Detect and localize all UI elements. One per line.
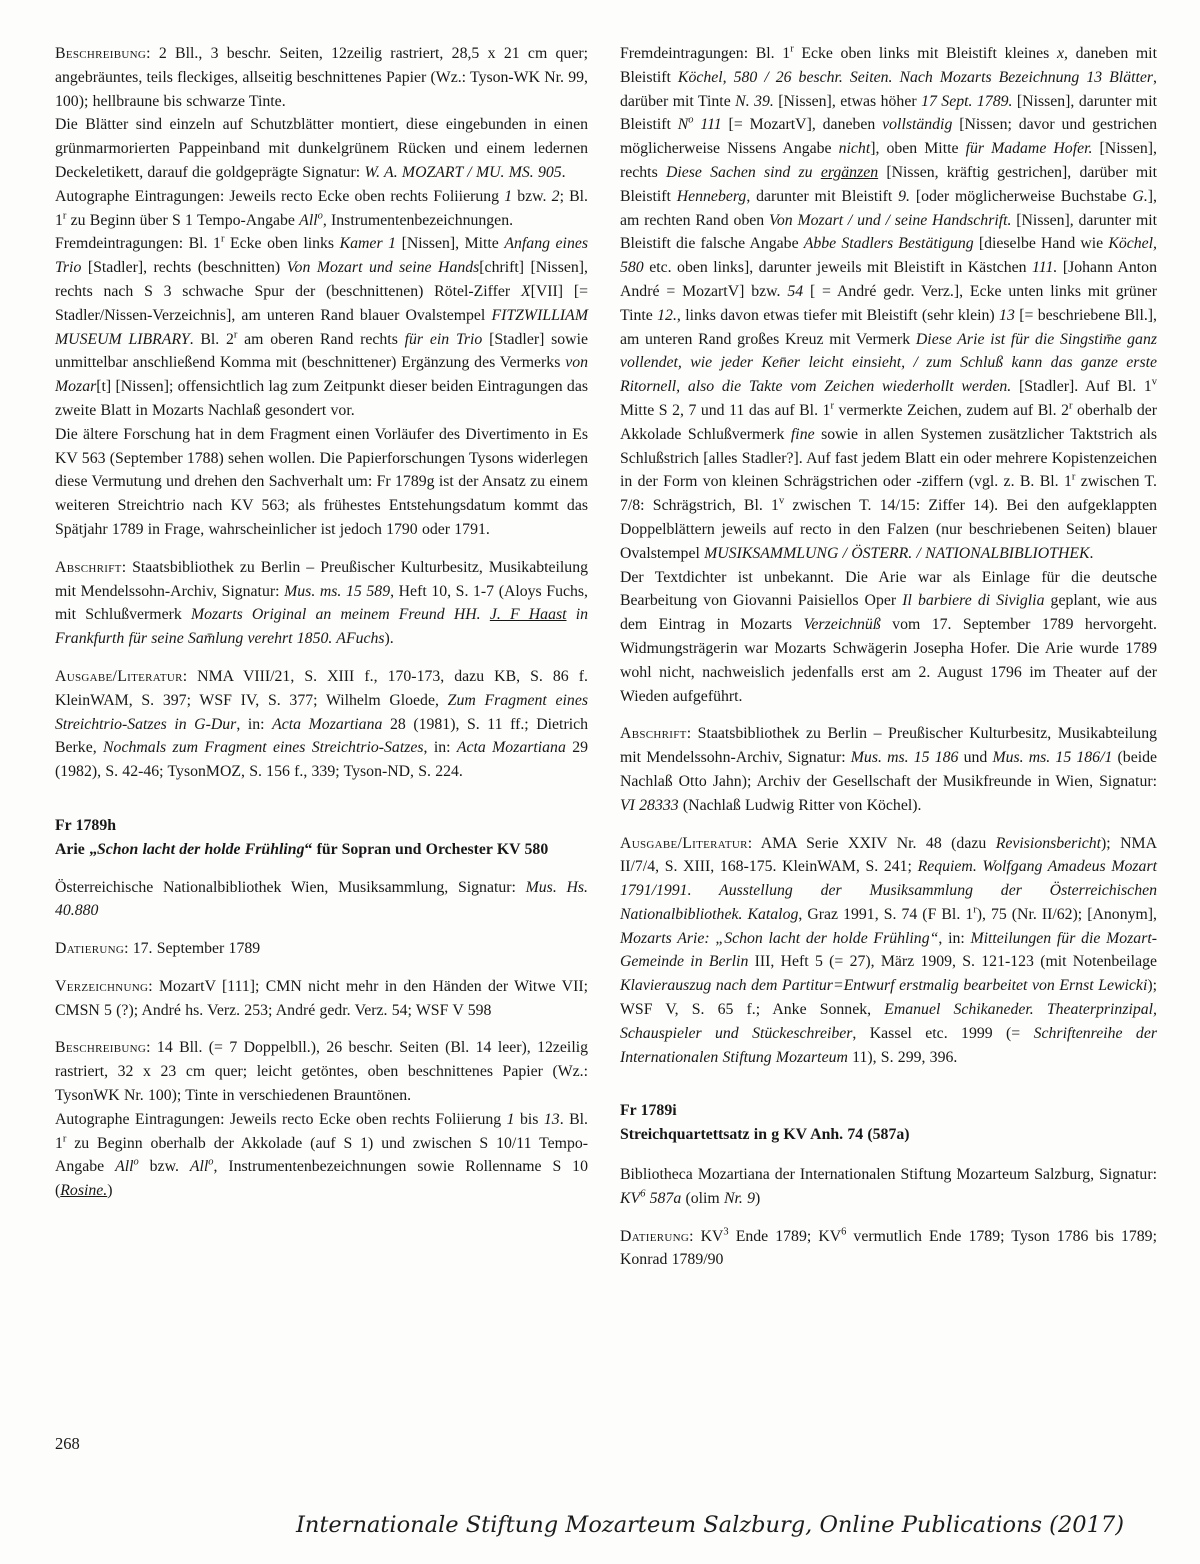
text-run: Österreichische Nationalbibliothek Wien,…: [55, 879, 526, 896]
text-run: Von Mozart / und / seine Handschrift.: [769, 212, 1011, 229]
text-run: 13: [999, 307, 1015, 324]
section-gap: [620, 1211, 1157, 1225]
section-gap: [55, 542, 588, 556]
text-run: Beschreibung: [55, 1039, 146, 1056]
text-run: 13: [544, 1111, 560, 1128]
text-run: Ende 1789; KV: [729, 1228, 842, 1245]
text-run: VI 28333: [620, 797, 679, 814]
fremdeintragungen-fr1789h: Fremdeintragungen: Bl. 1r Ecke oben link…: [620, 42, 1157, 566]
text-run: Verzeichnüß: [804, 616, 881, 633]
text-run: Rosine.: [60, 1182, 107, 1199]
text-run: Autographe Eintragungen: Jeweils recto E…: [55, 1111, 507, 1128]
text-run: Kamer 1: [340, 235, 396, 252]
text-run: Mus. ms. 15 186/1: [992, 749, 1112, 766]
footer-credit: Internationale Stiftung Mozarteum Salzbu…: [220, 1512, 1200, 1538]
autographe-eintragungen-fr1789g: Autographe Eintragungen: Jeweils recto E…: [55, 185, 588, 233]
text-run: vermerkte Zeichen, zudem auf Bl. 2: [834, 402, 1069, 419]
catalog-page: Beschreibung: 2 Bll., 3 beschr. Seiten, …: [0, 0, 1200, 1564]
text-run: Datierung: [55, 940, 124, 957]
verzeichnung-fr1789h: Verzeichnung: MozartV [111]; CMN nicht m…: [55, 975, 588, 1023]
werk-titel-fr1789i: Streichquartettsatz in g KV Anh. 74 (587…: [620, 1123, 1157, 1147]
text-run: ): [755, 1190, 760, 1207]
text-run: Fr 1789h: [55, 817, 116, 834]
section-gap: [620, 708, 1157, 722]
text-run: 111.: [1032, 259, 1057, 276]
text-run: bzw.: [139, 1158, 190, 1175]
text-run: Schon lacht der holde Frühling: [97, 841, 305, 858]
text-run: MUSIKSAMMLUNG / ÖSTERR. / NATIONALBIBLIO…: [704, 545, 1089, 562]
text-run: Ecke oben links: [224, 235, 339, 252]
text-run: Nr. 9: [724, 1190, 755, 1207]
text-run: KV: [620, 1190, 640, 1207]
text-run: , in:: [938, 930, 970, 947]
text-run: am oberen Rand rechts: [237, 331, 404, 348]
text-run: 9.: [898, 188, 910, 205]
text-run: [Nissen], Mitte: [396, 235, 504, 252]
text-run: W. A. MOZART / MU. MS. 905: [364, 164, 561, 181]
text-run: , Graz 1991, S. 74 (F Bl. 1: [798, 906, 973, 923]
text-run: : AMA Serie XXIV Nr. 48 (dazu: [748, 835, 996, 852]
text-run: bzw.: [512, 188, 552, 205]
datierung-fr1789h: Datierung: 17. September 1789: [55, 937, 588, 961]
text-run: 1: [504, 188, 512, 205]
text-run: 17 Sept. 1789.: [921, 93, 1012, 110]
text-run: Ausgabe/Literatur: [620, 835, 748, 852]
text-run: N: [678, 116, 689, 133]
text-run: Beschreibung: [55, 45, 146, 62]
text-run: [oder möglicherweise Buchstabe: [910, 188, 1132, 205]
text-run: Abbe Stadlers Bestätigung: [804, 235, 974, 252]
text-run: (olim: [681, 1190, 724, 1207]
text-run: (Nachlaß Ludwig Ritter von Köchel).: [679, 797, 922, 814]
text-run: 111: [694, 116, 722, 133]
text-run: vollständig: [882, 116, 952, 133]
text-run: ): [107, 1182, 112, 1199]
text-run: Il barbiere di Siviglia: [902, 592, 1044, 609]
text-run: Autographe Eintragungen: Jeweils recto E…: [55, 188, 504, 205]
text-run: Ausgabe/Literatur: [55, 668, 183, 685]
section-gap: [55, 923, 588, 937]
text-run: Arie „: [55, 841, 97, 858]
standort-fr1789i: Bibliotheca Mozartiana der International…: [620, 1163, 1157, 1211]
text-run: ], oben Mitte: [870, 140, 965, 157]
text-run: Streichquartettsatz in g KV Anh. 74 (587…: [620, 1126, 910, 1143]
ausgabe-literatur-fr1789h: Ausgabe/Literatur: AMA Serie XXIV Nr. 48…: [620, 832, 1157, 1070]
standort-fr1789h: Österreichische Nationalbibliothek Wien,…: [55, 876, 588, 924]
text-run: , in:: [424, 739, 457, 756]
text-run: Klavierauszug nach dem Partitur=Entwurf …: [620, 977, 1147, 994]
text-run: All: [115, 1158, 133, 1175]
text-run: X: [521, 283, 531, 300]
section-gap: [55, 961, 588, 975]
datierung-fr1789i: Datierung: KV3 Ende 1789; KV6 vermutlich…: [620, 1225, 1157, 1273]
text-run: Von Mozart und seine Hands: [287, 259, 480, 276]
text-run: J. F Haast: [490, 606, 567, 623]
text-run: N. 39.: [735, 93, 774, 110]
text-run: bis: [515, 1111, 544, 1128]
text-run: 12.: [657, 307, 677, 324]
text-run: .: [1090, 545, 1094, 562]
text-run: All: [299, 212, 317, 229]
text-run: Fremdeintragungen: Bl. 1: [55, 235, 221, 252]
abschrift-fr1789h: Abschrift: Staatsbibliothek zu Berlin – …: [620, 722, 1157, 817]
text-run: .: [562, 164, 566, 181]
text-run: [Nissen], etwas höher: [774, 93, 921, 110]
ausgabe-literatur-fr1789g: Ausgabe/Literatur: NMA VIII/21, S. XIII …: [55, 665, 588, 784]
text-run: [Stadler], rechts (beschnitten): [81, 259, 286, 276]
page-number: 268: [55, 1432, 80, 1456]
forschung-absatz: Die ältere Forschung hat in dem Fragment…: [55, 423, 588, 542]
textdichter-absatz: Der Textdichter ist unbekannt. Die Arie …: [620, 566, 1157, 709]
text-run: [= MozartV], daneben: [722, 116, 882, 133]
text-run: fine: [791, 426, 815, 443]
text-run: Abschrift: [620, 725, 687, 742]
text-run: Fr 1789i: [620, 1102, 677, 1119]
section-gap: [620, 818, 1157, 832]
text-run: , links davon etwas tiefer mit Bleistift…: [677, 307, 999, 324]
text-run: Ecke oben links mit Bleistift kleines: [794, 45, 1057, 62]
text-run: Fremdeintragungen: Bl. 1: [620, 45, 790, 62]
text-run: Mus. ms. 15 589: [284, 583, 390, 600]
text-run: Datierung: [620, 1228, 689, 1245]
text-run: etc. oben links], darunter jeweils mit B…: [644, 259, 1032, 276]
abschrift-fr1789g: Abschrift: Staatsbibliothek zu Berlin – …: [55, 556, 588, 651]
text-run: Henneberg: [677, 188, 747, 205]
text-run: Köchel, 580 / 26 beschr. Seiten. Nach Mo…: [678, 69, 1153, 86]
text-run: [t] [Nissen]; offensichtlich lag zum Zei…: [55, 378, 588, 419]
text-run: Die ältere Forschung hat in dem Fragment…: [55, 426, 588, 538]
text-run: [dieselbe Hand wie: [974, 235, 1109, 252]
text-run: : 17. September 1789: [124, 940, 260, 957]
text-run: Mitte S 2, 7 und 11 das auf Bl. 1: [620, 402, 830, 419]
text-run: ), 75 (Nr. II/62); [Anonym],: [977, 906, 1157, 923]
text-run: Abschrift: [55, 559, 122, 576]
text-run: , darunter mit Bleistift: [746, 188, 898, 205]
text-run: 2: [552, 188, 560, 205]
text-run: Bibliotheca Mozartiana der International…: [620, 1166, 1157, 1183]
text-run: [Stadler]. Auf Bl. 1: [1011, 378, 1152, 395]
section-gap: [55, 784, 588, 814]
text-run: : KV: [689, 1228, 723, 1245]
text-run: , Kassel etc. 1999 (=: [852, 1025, 1033, 1042]
right-column: Fremdeintragungen: Bl. 1r Ecke oben link…: [620, 42, 1157, 1272]
text-run: Mus. ms. 15 186: [851, 749, 959, 766]
text-run: zu Beginn über S 1 Tempo-Angabe: [66, 212, 299, 229]
section-gap: [55, 651, 588, 665]
text-run: Mozarts Original an meinem Freund HH.: [191, 606, 490, 623]
text-run: 1: [507, 1111, 515, 1128]
text-run: ergänzen: [821, 164, 878, 181]
text-run: All: [190, 1158, 208, 1175]
text-run: ).: [385, 630, 394, 647]
einband-beschreibung: Die Blätter sind einzeln auf Schutzblätt…: [55, 113, 588, 184]
section-gap: [55, 862, 588, 876]
werk-titel-fr1789h: Arie „Schon lacht der holde Frühling“ fü…: [55, 838, 588, 862]
text-run: Nochmals zum Fragment eines Streichtrio-…: [103, 739, 424, 756]
beschreibung-fr1789g: Beschreibung: 2 Bll., 3 beschr. Seiten, …: [55, 42, 588, 113]
text-run: x: [1057, 45, 1064, 62]
text-run: nicht: [839, 140, 871, 157]
werk-nummer-fr1789h: Fr 1789h: [55, 814, 588, 838]
text-run: . Bl. 2: [190, 331, 234, 348]
text-run: Mozarts Arie: „Schon lacht der holde Frü…: [620, 930, 938, 947]
text-run: Acta Mozartiana: [457, 739, 566, 756]
text-run: und: [958, 749, 992, 766]
text-run: 587a: [645, 1190, 681, 1207]
section-gap: [620, 1147, 1157, 1163]
text-run: 11), S. 299, 396.: [848, 1049, 957, 1066]
section-gap: [55, 1022, 588, 1036]
werk-nummer-fr1789i: Fr 1789i: [620, 1099, 1157, 1123]
fremdeintragungen-fr1789g: Fremdeintragungen: Bl. 1r Ecke oben link…: [55, 232, 588, 422]
section-gap: [620, 1069, 1157, 1099]
text-run: Verzeichnung: [55, 978, 148, 995]
text-run: für Madame Hofer.: [966, 140, 1093, 157]
text-run: , Instrumentenbezeichnungen.: [323, 212, 513, 229]
text-run: für ein Trio: [405, 331, 483, 348]
text-run: v: [1152, 377, 1157, 388]
left-column: Beschreibung: 2 Bll., 3 beschr. Seiten, …: [55, 42, 588, 1203]
autographe-eintragungen-fr1789h: Autographe Eintragungen: Jeweils recto E…: [55, 1108, 588, 1203]
text-run: Diese Sachen sind zu: [666, 164, 821, 181]
text-run: 54: [787, 283, 803, 300]
text-run: Acta Mozartiana: [272, 716, 382, 733]
text-run: G.: [1132, 188, 1147, 205]
text-run: III, Heft 5 (= 27), März 1909, S. 121-12…: [748, 953, 1157, 970]
beschreibung-fr1789h: Beschreibung: 14 Bll. (= 7 Doppelbll.), …: [55, 1036, 588, 1107]
text-run: Revisionsbericht: [996, 835, 1101, 852]
text-run: “ für Sopran und Orchester KV 580: [304, 841, 548, 858]
text-run: , in:: [236, 716, 272, 733]
